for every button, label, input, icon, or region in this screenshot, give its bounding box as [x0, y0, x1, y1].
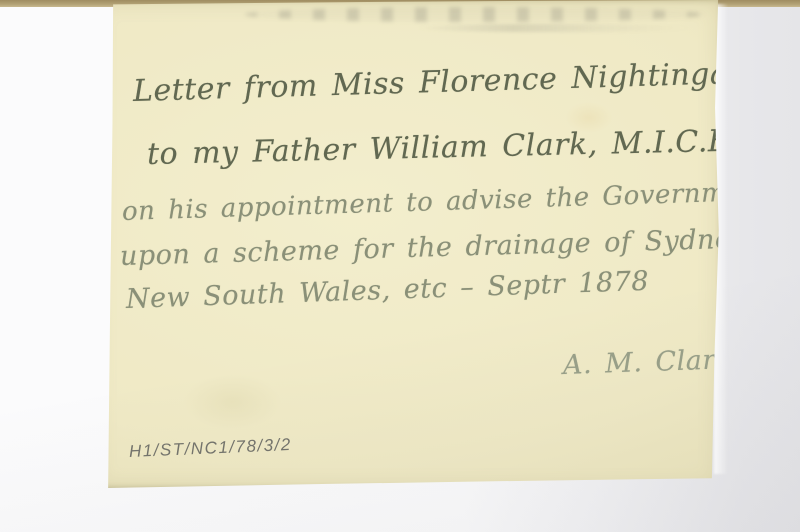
photograph-background: Letter from Miss Florence Nightingale to… [0, 0, 800, 532]
handwritten-line-1: Letter from Miss Florence Nightingale [132, 56, 757, 109]
archive-reference-number: H1/ST/NC1/78/3/2 [129, 435, 293, 462]
handwritten-line-3: on his appointment to advise the Governm… [122, 177, 771, 227]
envelope-cover-note: Letter from Miss Florence Nightingale to… [95, 0, 720, 490]
crease-smudge [245, 7, 705, 22]
handwritten-line-5: New South Wales, etc – Septr 1878 [125, 266, 649, 315]
crease-smudge [415, 24, 695, 32]
handwritten-line-4: upon a scheme for the drainage of Sydney [120, 223, 748, 272]
signature: A. M. Clark [562, 344, 733, 381]
handwritten-line-2: to my Father William Clark, M.I.C.E [147, 124, 731, 172]
